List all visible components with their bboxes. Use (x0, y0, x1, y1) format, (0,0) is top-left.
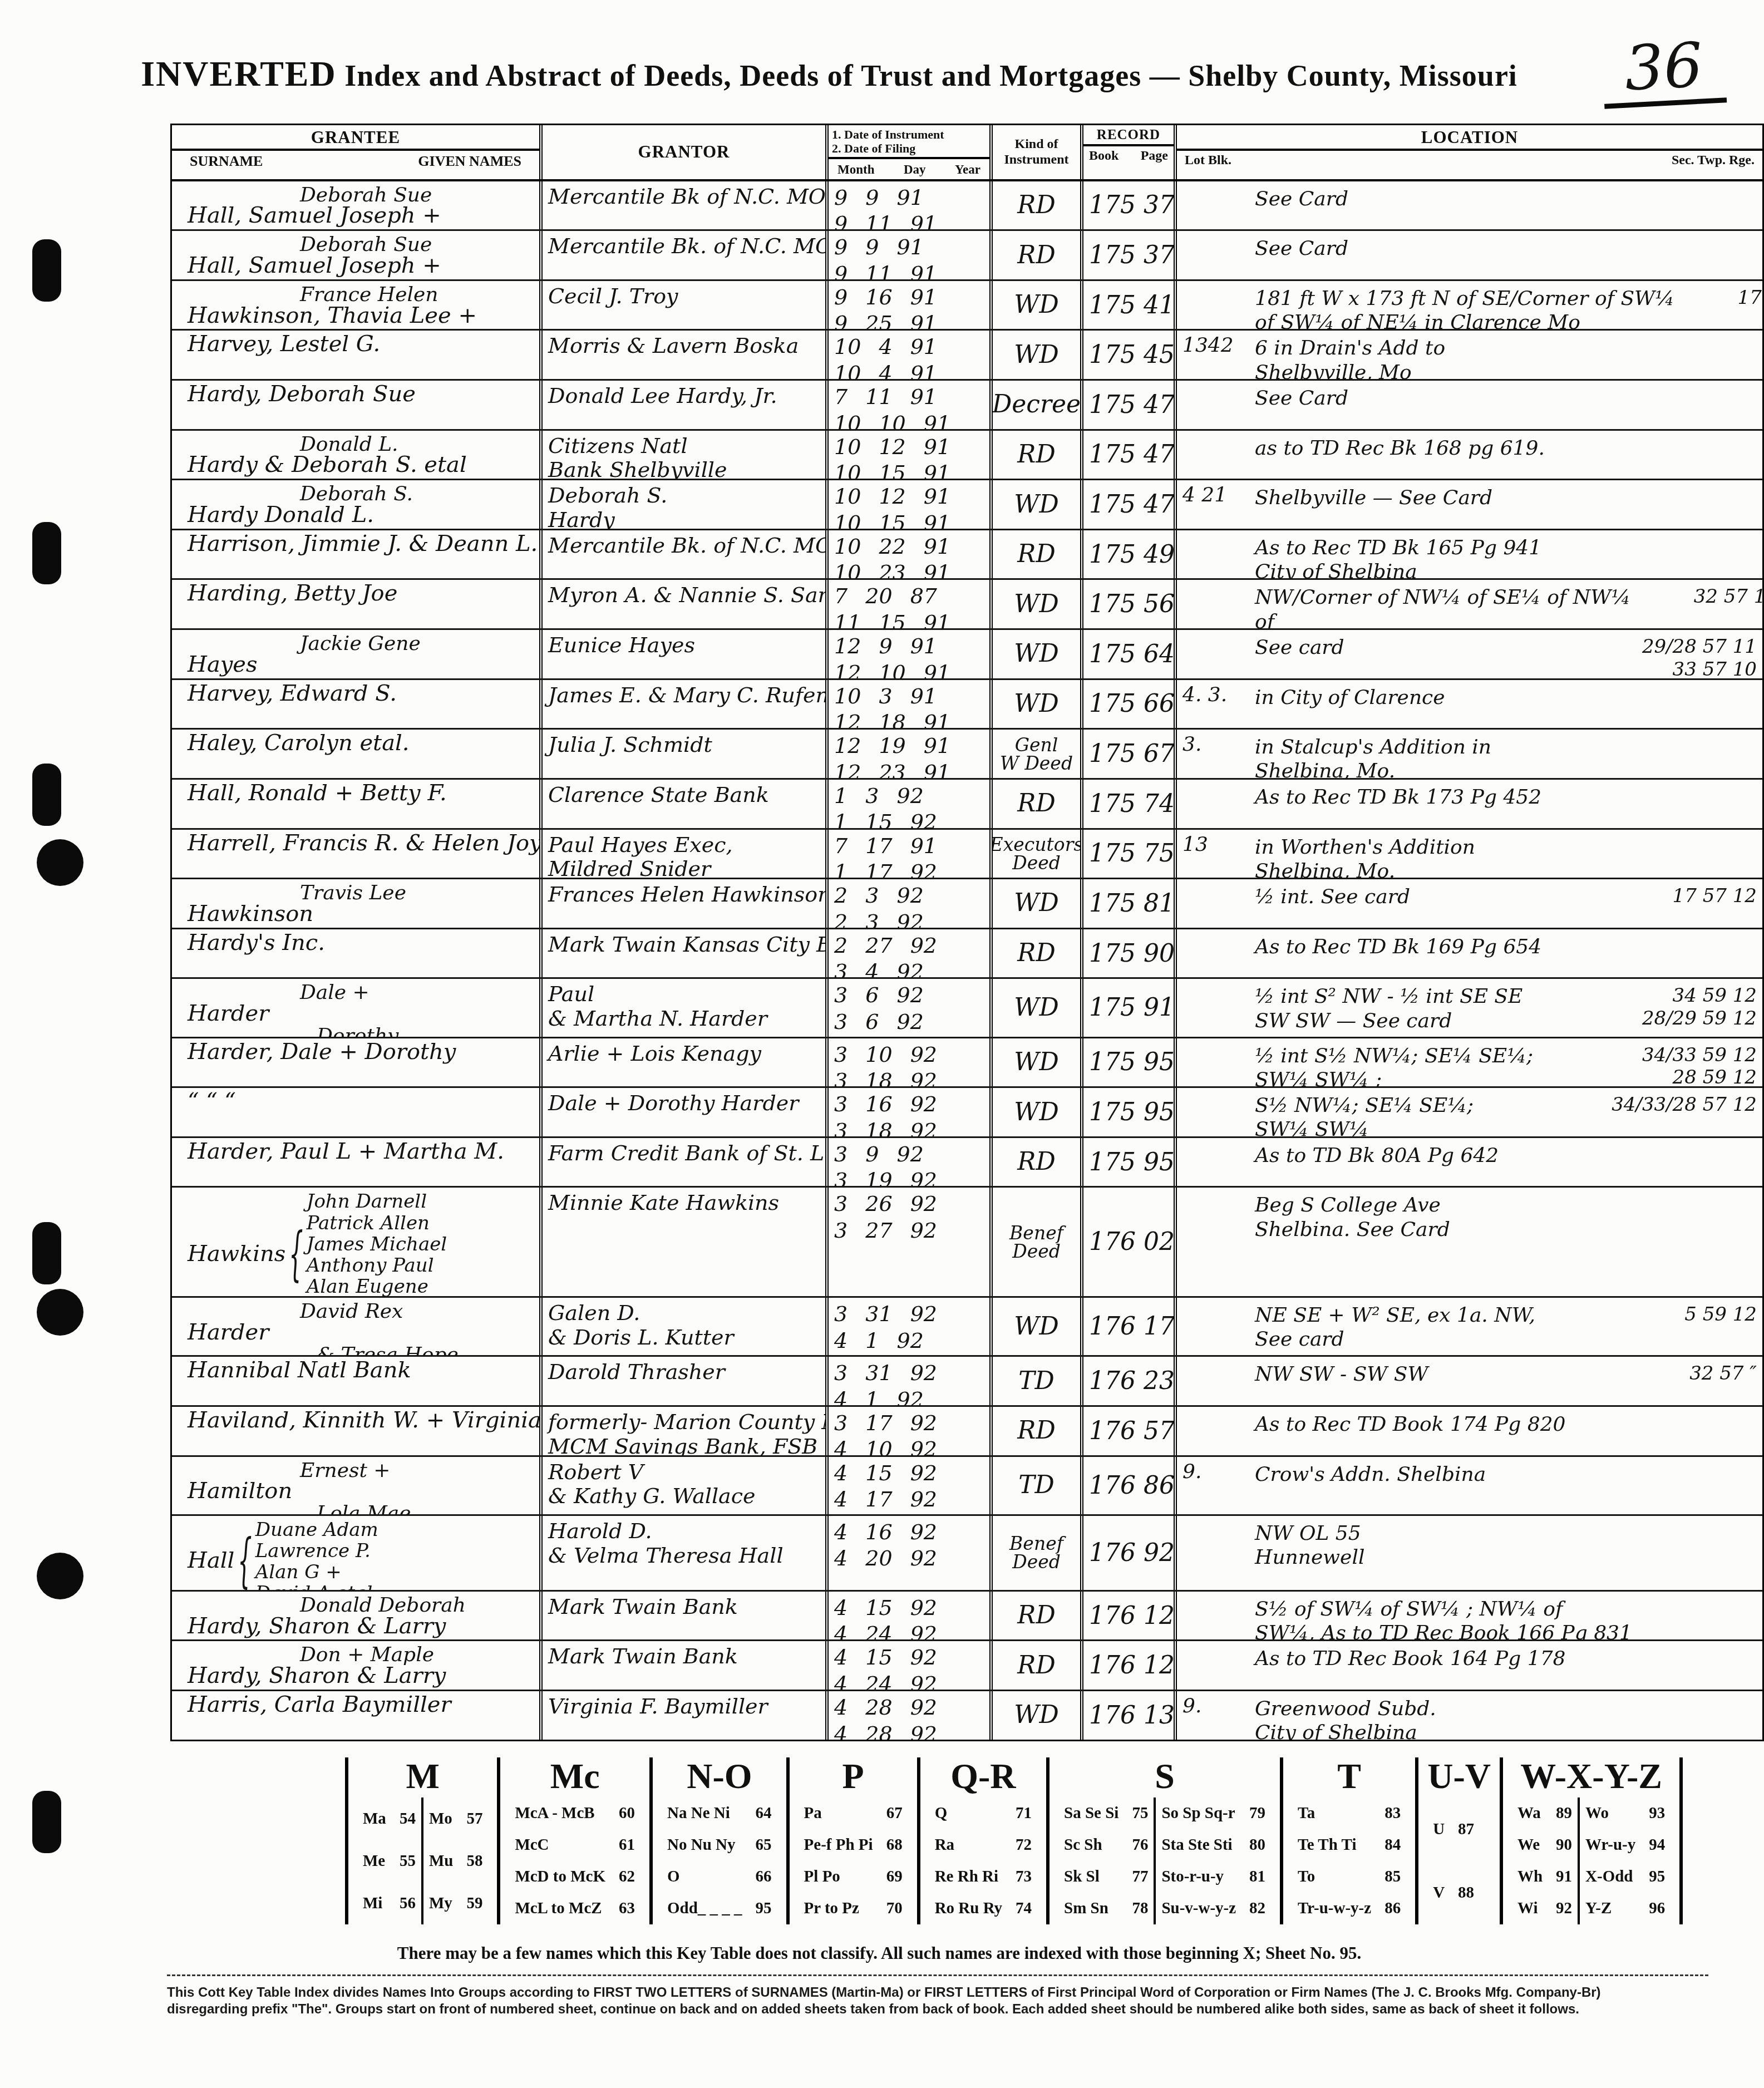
grantee-cell: Don + Maple Hardy, Sharon & Larry { (172, 1641, 539, 1690)
ledger-row: Jackie Gene Hayes { Eunice Hayes 12 9 91… (172, 630, 1762, 680)
key-group-column: Ta83Te Th Ti84To85Tr-u-w-y-z86 (1292, 1798, 1406, 1924)
date-of-filing: 12 23 91 (834, 760, 984, 778)
date-of-filing: 9 25 91 (834, 311, 984, 329)
date-of-instrument: 3 6 92 (834, 982, 984, 1009)
dates-cell: 7 20 87 11 15 91 (825, 580, 989, 628)
kind-of-instrument-cell: WD (989, 1298, 1080, 1355)
grantor-cell: Myron A. & Nannie S. Sanders (539, 580, 825, 628)
date-of-filing: 4 24 92 (834, 1671, 984, 1690)
grantee-cell: Hall { Duane AdamLawrence P.Alan G +Davi… (172, 1516, 539, 1590)
grantee-surname: Haley, Carolyn etal. (188, 731, 410, 755)
ledger-row: Donald L. Hardy & Deborah S. etal { Citi… (172, 431, 1762, 481)
grantee-cell: Deborah Sue Hall, Samuel Joseph + { (172, 231, 539, 279)
blk-label: Blk. (1208, 153, 1231, 168)
date-of-instrument: 3 17 92 (834, 1410, 984, 1437)
dates-cell: 12 19 91 12 23 91 (825, 730, 989, 778)
key-entry: Sto-r-u-y81 (1161, 1868, 1265, 1886)
lot-blk-value (1182, 1141, 1255, 1183)
grantor-cell: Citizens NatlBank Shelbyville (539, 431, 825, 479)
key-entry: Mi56 (363, 1894, 416, 1913)
date-of-filing: 3 6 92 (834, 1009, 984, 1036)
dates-cell: 9 16 91 9 25 91 (825, 281, 989, 329)
grantee-surname: Hall (188, 1548, 234, 1573)
record-book-page-cell: 175 751 (1080, 830, 1174, 878)
location-description: See card (1255, 633, 1609, 675)
key-group-title: Mc (509, 1759, 640, 1794)
table-header-row: GRANTEE SURNAME GIVEN NAMES GRANTOR 1. D… (172, 125, 1762, 181)
col-header-location: LOCATION Lot Blk. Sec. Twp. Rge. (1174, 125, 1762, 179)
sec-twp-rge-value (1609, 1644, 1757, 1686)
kind-of-instrument-cell: RD (989, 431, 1080, 479)
grantee-given-names: Ernest + (300, 1460, 534, 1481)
kind-of-instrument-cell: BenefDeed (989, 1516, 1080, 1590)
date-of-instrument: 1 3 92 (834, 783, 984, 810)
sec-twp-rge-value (1609, 1410, 1757, 1452)
sec-twp-rge-value: 5 59 12 (1609, 1301, 1757, 1352)
location-description: 181 ft W x 173 ft N of SE/Corner of SW¼o… (1255, 284, 1674, 326)
location-description: Shelbyville — See Card (1255, 484, 1609, 525)
key-group-title: Q-R (929, 1759, 1037, 1794)
lot-blk-value (1182, 1360, 1255, 1402)
date-of-filing: 4 24 92 (834, 1621, 984, 1639)
grantee-surname: Harder, Paul L + Martha M. (188, 1139, 504, 1164)
record-book-page-cell: 175 476 (1080, 480, 1174, 529)
date-of-filing: 11 15 91 (834, 610, 984, 628)
grantor-cell: Dale + Dorothy Harder (539, 1088, 825, 1136)
kind-of-instrument-cell: WD (989, 1088, 1080, 1136)
kind-of-instrument-cell: WD (989, 1038, 1080, 1087)
dates-cell: 3 9 92 3 19 92 (825, 1138, 989, 1186)
record-book-page-cell: 176 125 (1080, 1641, 1174, 1690)
date-of-filing: 9 11 91 (834, 211, 984, 229)
date-of-filing: 12 18 91 (834, 710, 984, 728)
key-group-m: MMa54Me55Mi56Mo57Mu58My59 (345, 1757, 497, 1924)
dates-cell: 9 9 91 9 11 91 (825, 231, 989, 279)
kind-of-instrument-cell: RD (989, 929, 1080, 978)
location-cell: 13 in Worthen's AdditionShelbina, Mo. (1174, 830, 1762, 878)
grantee-surname: Haviland, Kinnith W. + Virginia (188, 1408, 539, 1432)
date-of-filing: 10 15 91 (834, 510, 984, 529)
record-book-page-cell: 175 745 (1080, 780, 1174, 828)
location-description: ½ int. See card (1255, 883, 1609, 924)
location-description: ½ int S² NW - ½ int SE SESW SW — See car… (1255, 982, 1609, 1033)
key-group-column: Mo57Mu58My59 (421, 1798, 489, 1924)
record-book-page-cell: 175 676 (1080, 730, 1174, 778)
location-description: As to TD Rec Book 164 Pg 178 (1255, 1644, 1609, 1686)
location-cell: 4. 3. in City of Clarence (1174, 680, 1762, 728)
location-cell: NW/Corner of NW¼ of SE¼ of NW¼of 32 57 1… (1174, 580, 1762, 628)
record-book-page-cell: 175 419 (1080, 281, 1174, 329)
lot-blk-value (1182, 1191, 1255, 1293)
grantee-surname: Harder (188, 1001, 269, 1026)
grantee-surname: “ “ “ (188, 1089, 236, 1114)
grantee-surname: Hardy, Deborah Sue (188, 382, 416, 406)
ledger-row: Hardy's Inc. { Mark Twain Kansas City Ba… (172, 929, 1762, 979)
ledger-row: Harvey, Edward S. { James E. & Mary C. R… (172, 680, 1762, 730)
location-cell: As to Rec TD Bk 165 Pg 941City of Shelbi… (1174, 530, 1762, 579)
key-entry: Sm Sn78 (1064, 1899, 1148, 1918)
grantor-cell: Donald Lee Hardy, Jr. (539, 381, 825, 429)
kind-of-instrument-cell: WD (989, 1691, 1080, 1740)
grantee-cell: Haley, Carolyn etal. { (172, 730, 539, 778)
key-entry: Sta Ste Sti80 (1161, 1836, 1265, 1854)
kind-of-instrument-cell: RD (989, 1407, 1080, 1455)
grantee-cell: Harder, Paul L + Martha M. { (172, 1138, 539, 1186)
grantee-surname: Hardy, Sharon & Larry (188, 1614, 446, 1638)
sec-label: Sec. (1672, 153, 1694, 168)
date-of-instrument: 10 12 91 (834, 434, 984, 461)
sec-twp-rge-value (1609, 334, 1757, 376)
ledger-row: Travis Lee Hawkinson { Frances Helen Haw… (172, 879, 1762, 929)
grantee-surname: Hall, Ronald + Betty F. (188, 781, 447, 805)
grantor-cell: Julia J. Schmidt (539, 730, 825, 778)
location-description: NE SE + W² SE, ex 1a. NW,See card (1255, 1301, 1609, 1352)
key-group-column: Ma54Me55Mi56 (357, 1798, 421, 1924)
date-of-filing: 4 10 92 (834, 1436, 984, 1455)
date-of-instrument: 4 28 92 (834, 1695, 984, 1721)
grantor-cell: Robert V& Kathy G. Wallace (539, 1457, 825, 1514)
date-of-instrument: 4 15 92 (834, 1460, 984, 1487)
location-cell: 3. in Stalcup's Addition inShelbina, Mo. (1174, 730, 1762, 778)
date-of-filing-label: 2. Date of Filing (832, 141, 986, 155)
date-of-filing: 4 1 92 (834, 1387, 984, 1405)
lot-blk-value (1182, 1301, 1255, 1352)
date-of-filing: 10 4 91 (834, 361, 984, 379)
dates-cell: 10 22 91 10 23 91 (825, 530, 989, 579)
record-book-page-cell: 175 475 (1080, 431, 1174, 479)
kind-of-instrument-cell: WD (989, 331, 1080, 379)
col-header-grantee: GRANTEE SURNAME GIVEN NAMES (172, 125, 539, 179)
lot-blk-value (1182, 234, 1255, 276)
grantee-surname: Hannibal Natl Bank (188, 1358, 411, 1382)
grantor-cell: Mark Twain Bank (539, 1641, 825, 1690)
punch-hole (37, 1553, 83, 1599)
grantee-given-names: Jackie Gene (300, 633, 534, 654)
location-description: As to Rec TD Book 174 Pg 820 (1255, 1410, 1609, 1452)
grantor-cell: Clarence State Bank (539, 780, 825, 828)
date-of-instrument: 9 9 91 (834, 234, 984, 261)
grantee-cell: David Rex Harder { & Tresa Hope (172, 1298, 539, 1355)
ledger-row: Hannibal Natl Bank { Darold Thrasher 3 3… (172, 1357, 1762, 1407)
grantee-surname: Hardy's Inc. (188, 930, 325, 955)
date-of-instrument: 3 31 92 (834, 1301, 984, 1328)
date-of-filing: 4 28 92 (834, 1721, 984, 1740)
table-body: Deborah Sue Hall, Samuel Joseph + { Merc… (172, 181, 1762, 1740)
key-table-note: There may be a few names which this Key … (167, 1943, 1591, 1963)
kind-of-instrument-cell: WD (989, 680, 1080, 728)
kind-of-instrument-cell: ExecutorsDeed (989, 830, 1080, 878)
record-book-page-cell: 175 563 (1080, 580, 1174, 628)
date-of-filing: 10 15 91 (834, 460, 984, 479)
grantee-cell: Haviland, Kinnith W. + Virginia { (172, 1407, 539, 1455)
grantee-cell: Hall, Ronald + Betty F. { (172, 780, 539, 828)
record-book-page-cell: 176 124 (1080, 1592, 1174, 1640)
location-description: S½ NW¼; SE¼ SE¼;SW¼ SW¼ (1255, 1091, 1609, 1133)
ledger-row: Harder, Dale + Dorothy { Arlie + Lois Ke… (172, 1038, 1762, 1089)
key-group-q-r: Q-RQ71Ra72Re Rh Ri73Ro Ru Ry74 (917, 1757, 1046, 1924)
date-of-filing: 1 17 92 (834, 859, 984, 878)
date-of-instrument-label: 1. Date of Instrument (832, 127, 986, 141)
record-book-page-cell: 175 954 (1080, 1038, 1174, 1087)
grantee-given-names: France Helen (300, 284, 534, 306)
location-description: ½ int S½ NW¼; SE¼ SE¼;SW¼ SW¼ ; (1255, 1042, 1609, 1084)
grantee-cell: Deborah Sue Hall, Samuel Joseph + { (172, 181, 539, 230)
date-of-filing: 10 10 91 (834, 411, 984, 429)
kind-of-instrument-cell: RD (989, 530, 1080, 579)
location-cell: ½ int S² NW - ½ int SE SESW SW — See car… (1174, 979, 1762, 1036)
date-of-instrument: 2 27 92 (834, 933, 984, 959)
grantee-surname: Hawkins (188, 1242, 285, 1266)
grantee-cell: Deborah S. Hardy Donald L. { (172, 480, 539, 529)
lot-blk-value (1182, 1595, 1255, 1637)
key-group-title: M (357, 1759, 488, 1794)
record-book-page-cell: 176 02 (1080, 1188, 1174, 1296)
twp-label: Twp. (1697, 153, 1726, 168)
grantor-cell: Mark Twain Bank (539, 1592, 825, 1640)
grantee-given-names-2: Lola Mae (317, 1503, 534, 1514)
grantee-cell: Ernest + Hamilton { Lola Mae (172, 1457, 539, 1514)
lot-blk-value (1182, 633, 1255, 675)
sec-twp-rge-value (1609, 434, 1757, 476)
location-description: S½ of SW¼ of SW¼ ; NW¼ ofSW¼, As to TD R… (1255, 1595, 1632, 1637)
key-group-column: U87V88 (1427, 1798, 1480, 1924)
key-entry: Odd_ _ _ _95 (667, 1899, 772, 1918)
location-cell: See Card (1174, 181, 1762, 230)
grantee-cell: Harvey, Edward S. { (172, 680, 539, 728)
grantee-cell: Travis Lee Hawkinson { (172, 879, 539, 928)
record-book-page-cell: 175 451 (1080, 331, 1174, 379)
location-description: as to TD Rec Bk 168 pg 619. (1255, 434, 1609, 476)
key-entry: McC61 (515, 1836, 635, 1854)
date-of-instrument: 12 9 91 (834, 633, 984, 660)
location-description: As to TD Bk 80A Pg 642 (1255, 1141, 1609, 1183)
key-group-w-x-y-z: W-X-Y-ZWa89We90Wh91Wi92Wo93Wr-u-y94X-Odd… (1500, 1757, 1683, 1924)
date-of-filing: 3 19 92 (834, 1168, 984, 1186)
sec-twp-rge-value: 34/33/28 57 12 (1609, 1091, 1757, 1133)
dates-cell: 4 15 92 4 24 92 (825, 1592, 989, 1640)
grantee-surname: Harder, Dale + Dorothy (188, 1040, 456, 1064)
grantee-surname: Harder (188, 1320, 269, 1345)
key-group-column: Sa Se Si75Sc Sh76Sk Sl77Sm Sn78 (1058, 1798, 1154, 1924)
key-group-column: McA - McB60McC61McD to McK62McL to McZ63 (509, 1798, 640, 1924)
location-cell: 181 ft W x 173 ft N of SE/Corner of SW¼o… (1174, 281, 1762, 329)
date-of-instrument: 7 17 91 (834, 833, 984, 860)
punch-hole (37, 1289, 83, 1336)
date-of-filing: 3 18 92 (834, 1068, 984, 1086)
key-entry: V88 (1433, 1884, 1474, 1902)
date-of-filing: 3 4 92 (834, 959, 984, 977)
page-title: INVERTED Index and Abstract of Deeds, De… (0, 53, 1658, 95)
dates-cell: 4 16 92 4 20 92 (825, 1516, 989, 1590)
key-group-column: Wa89We90Wh91Wi92 (1512, 1798, 1578, 1924)
lot-blk-value: 4 21 (1182, 484, 1255, 525)
grantee-cell: Harris, Carla Baymiller { (172, 1691, 539, 1740)
key-group-column: Wo93Wr-u-y94X-Odd95Y-Z96 (1578, 1798, 1671, 1924)
location-description: See Card (1255, 384, 1609, 426)
key-entry: Sk Sl77 (1064, 1868, 1148, 1886)
kind-of-instrument-cell: RD (989, 780, 1080, 828)
sec-twp-rge-value: 17 57 12 (1609, 883, 1757, 924)
lot-blk-value (1182, 1644, 1255, 1686)
key-entry: Te Th Ti84 (1298, 1836, 1401, 1854)
location-description: As to Rec TD Bk 169 Pg 654 (1255, 933, 1609, 974)
grantee-surname: Hawkinson (188, 902, 313, 926)
location-description: NW OL 55Hunnewell (1255, 1519, 1609, 1587)
date-of-filing: 4 1 92 (834, 1328, 984, 1355)
record-book-page-cell: 175 377 (1080, 181, 1174, 230)
punch-hole (32, 522, 61, 584)
grantee-surname: Hall, Samuel Joseph + (188, 253, 441, 278)
key-entry: Ta83 (1298, 1804, 1401, 1823)
dates-cell: 10 3 91 12 18 91 (825, 680, 989, 728)
lot-blk-value (1182, 1042, 1255, 1084)
grantee-surname: Harris, Carla Baymiller (188, 1692, 451, 1717)
dates-cell: 3 16 92 3 18 92 (825, 1088, 989, 1136)
location-cell: NW SW - SW SW 32 57 ″ (1174, 1357, 1762, 1405)
date-of-instrument: 3 9 92 (834, 1141, 984, 1168)
key-group-title: P (799, 1759, 908, 1794)
grantee-cell: “ “ “ { (172, 1088, 539, 1136)
lot-blk-value (1182, 384, 1255, 426)
date-of-instrument: 10 3 91 (834, 683, 984, 710)
ledger-row: Hardy, Deborah Sue { Donald Lee Hardy, J… (172, 381, 1762, 431)
grantee-surname: Harding, Betty Joe (188, 581, 397, 605)
key-group-t: TTa83Te Th Ti84To85Tr-u-w-y-z86 (1280, 1757, 1415, 1924)
key-entry: Ma54 (363, 1810, 416, 1828)
location-description: Crow's Addn. Shelbina (1255, 1460, 1609, 1511)
ledger-row: Harrell, Francis R. & Helen Joyce { Paul… (172, 830, 1762, 880)
key-entry: Pa67 (804, 1804, 903, 1823)
sec-twp-rge-value (1609, 933, 1757, 974)
kind-of-instrument-cell: WD (989, 480, 1080, 529)
sec-twp-rge-value: 34/33 59 1228 59 12 (1609, 1042, 1757, 1084)
grantee-surname: Hamilton (188, 1479, 292, 1503)
ledger-row: Harris, Carla Baymiller { Virginia F. Ba… (172, 1691, 1762, 1740)
key-entry: Wr-u-y94 (1585, 1836, 1665, 1854)
ledger-row: Deborah Sue Hall, Samuel Joseph + { Merc… (172, 181, 1762, 232)
ledger-row: Haviland, Kinnith W. + Virginia { former… (172, 1407, 1762, 1457)
page-label: Page (1141, 149, 1168, 164)
record-book-page-cell: 176 86 (1080, 1457, 1174, 1514)
ledger-row: Don + Maple Hardy, Sharon & Larry { Mark… (172, 1641, 1762, 1691)
grantee-given-names-2: Dorothy (317, 1026, 534, 1036)
grantee-cell: Harrell, Francis R. & Helen Joyce { (172, 830, 539, 878)
key-entry: No Nu Ny65 (667, 1836, 772, 1854)
kind-of-instrument-cell: WD (989, 879, 1080, 928)
record-book-page-cell: 176 17 (1080, 1298, 1174, 1355)
grantee-cell: Hannibal Natl Bank { (172, 1357, 539, 1405)
key-group-title: W-X-Y-Z (1512, 1759, 1671, 1794)
key-entry: Pl Po69 (804, 1868, 903, 1886)
grantor-cell: Morris & Lavern Boska (539, 331, 825, 379)
location-description: As to Rec TD Bk 173 Pg 452 (1255, 783, 1609, 825)
key-group-mc: McMcA - McB60McC61McD to McK62McL to McZ… (497, 1757, 649, 1924)
ledger-row: Deborah Sue Hall, Samuel Joseph + { Merc… (172, 231, 1762, 281)
punch-hole (32, 764, 61, 826)
key-entry: Re Rh Ri73 (935, 1868, 1032, 1886)
record-book-page-cell: 175 815 (1080, 879, 1174, 928)
deeds-index-table: GRANTEE SURNAME GIVEN NAMES GRANTOR 1. D… (170, 124, 1764, 1741)
dates-cell: 3 6 92 3 6 92 (825, 979, 989, 1036)
lot-blk-value (1182, 434, 1255, 476)
date-of-filing: 1 15 92 (834, 809, 984, 828)
grantee-cell: France Helen Hawkinson, Thavia Lee + { (172, 281, 539, 329)
grantee-cell: Harding, Betty Joe { (172, 580, 539, 628)
date-of-instrument: 3 10 92 (834, 1042, 984, 1068)
date-of-filing: 12 10 91 (834, 660, 984, 678)
lot-blk-value: 1342 (1182, 334, 1255, 376)
location-description: Greenwood Subd.City of Shelbina (1255, 1695, 1609, 1736)
ledger-row: Harding, Betty Joe { Myron A. & Nannie S… (172, 580, 1762, 630)
lot-label: Lot (1185, 153, 1205, 168)
dates-cell: 2 27 92 3 4 92 (825, 929, 989, 978)
key-group-column: Na Ne Ni64No Nu Ny65O66Odd_ _ _ _95 (662, 1798, 777, 1924)
grantee-surname: Harrell, Francis R. & Helen Joyce (188, 831, 539, 855)
dates-cell: 10 12 91 10 15 91 (825, 431, 989, 479)
lot-blk-value (1182, 284, 1255, 326)
key-entry: McD to McK62 (515, 1868, 635, 1886)
grantee-cell: Jackie Gene Hayes { (172, 630, 539, 678)
location-cell: As to Rec TD Bk 169 Pg 654 (1174, 929, 1762, 978)
grantor-cell: Mercantile Bk. of N.C. MO (539, 530, 825, 579)
key-table-instructions: This Cott Key Table Index divides Names … (167, 1984, 1764, 2018)
grantee-given-names: Travis Lee (300, 883, 534, 904)
date-of-instrument: 4 15 92 (834, 1595, 984, 1622)
page-title-keyword: INVERTED (141, 54, 337, 93)
grantee-surname: Hardy Donald L. (188, 503, 374, 527)
location-cell: S½ NW¼; SE¼ SE¼;SW¼ SW¼ 34/33/28 57 12 (1174, 1088, 1762, 1136)
record-book-page-cell: 175 665 (1080, 680, 1174, 728)
lot-blk-value (1182, 982, 1255, 1033)
dates-cell: 10 4 91 10 4 91 (825, 331, 989, 379)
location-description: 6 in Drain's Add toShelbyville, Mo (1255, 334, 1609, 376)
location-cell: As to TD Rec Book 164 Pg 178 (1174, 1641, 1762, 1690)
date-of-instrument: 4 15 92 (834, 1644, 984, 1671)
record-book-page-cell: 176 57 (1080, 1407, 1174, 1455)
col-header-given-names: GIVEN NAMES (418, 153, 521, 170)
col-header-dates: 1. Date of Instrument 2. Date of Filing … (825, 125, 989, 179)
location-description: in Worthen's AdditionShelbina, Mo. (1255, 833, 1609, 875)
sec-twp-rge-value (1609, 1695, 1757, 1736)
lot-blk-value (1182, 583, 1255, 625)
key-entry: Sc Sh76 (1064, 1836, 1148, 1854)
dates-cell: 4 15 92 4 17 92 (825, 1457, 989, 1514)
grantor-cell: Cecil J. Troy (539, 281, 825, 329)
grantee-given-names: David Rex (300, 1301, 534, 1322)
key-entry: McL to McZ63 (515, 1899, 635, 1918)
grantee-surname: Harrison, Jimmie J. & Deann L. (188, 531, 538, 556)
kind-of-instrument-cell: RD (989, 1641, 1080, 1690)
grantee-cell: Harrison, Jimmie J. & Deann L. { (172, 530, 539, 579)
key-entry: Ra72 (935, 1836, 1032, 1854)
date-of-instrument: 3 31 92 (834, 1360, 984, 1387)
lot-blk-value: 9. (1182, 1460, 1255, 1511)
record-book-page-cell: 176 134 (1080, 1691, 1174, 1740)
sec-twp-rge-value (1609, 783, 1757, 825)
date-of-filing: 10 23 91 (834, 560, 984, 578)
key-entry: Q71 (935, 1804, 1032, 1823)
ledger-row: “ “ “ { Dale + Dorothy Harder 3 16 92 3 … (172, 1088, 1762, 1138)
record-book-page-cell: 175 957 (1080, 1138, 1174, 1186)
key-group-n-o: N-ONa Ne Ni64No Nu Ny65O66Odd_ _ _ _95 (649, 1757, 786, 1924)
grantor-cell: Darold Thrasher (539, 1357, 825, 1405)
grantor-cell: Paul& Martha N. Harder (539, 979, 825, 1036)
location-cell: 9. Greenwood Subd.City of Shelbina (1174, 1691, 1762, 1740)
record-book-page-cell: 175 955 (1080, 1088, 1174, 1136)
key-group-u-v: U-VU87V88 (1415, 1757, 1500, 1924)
rge-label: Rge. (1729, 153, 1755, 168)
sec-twp-rge-value (1609, 1519, 1757, 1587)
